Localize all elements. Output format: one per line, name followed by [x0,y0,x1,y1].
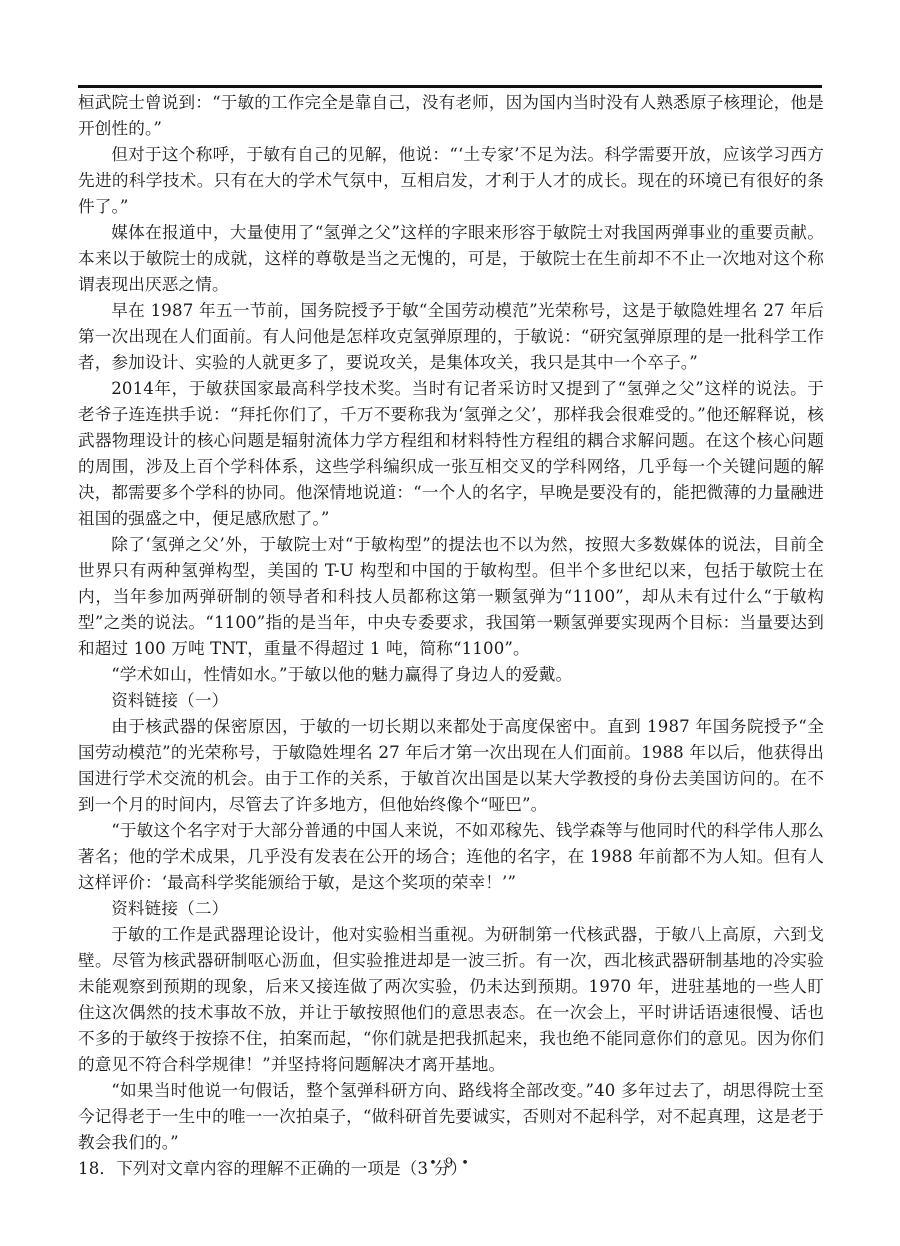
document-page: 桓武院士曾说到：“于敏的工作完全是靠自己，没有老师，因为国内当时没有人熟悉原子核… [78,85,824,1182]
paragraph: 除了‘氢弹之父’外，于敏院士对“于敏构型”的提法也不以为然，按照大多数媒体的说法… [78,532,824,662]
article-body: 桓武院士曾说到：“于敏的工作完全是靠自己，没有老师，因为国内当时没有人熟悉原子核… [78,90,824,1182]
paragraph: 2014年，于敏获国家最高科学技术奖。当时有记者采访时又提到了“氢弹之父”这样的… [78,376,824,532]
paragraph: 早在 1987 年五一节前，国务院授予于敏“全国劳动模范”光荣称号，这是于敏隐姓… [78,298,824,376]
header-rule [78,85,822,88]
section-heading-material-link-1: 资料链接（一） [78,688,824,714]
paragraph: “如果当时他说一句假话，整个氢弹科研方向、路线将全部改变。”40 多年过去了，胡… [78,1078,824,1156]
paragraph: “学术如山，性情如水。”于敏以他的魅力赢得了身边人的爱戴。 [78,662,824,688]
paragraph: 桓武院士曾说到：“于敏的工作完全是靠自己，没有老师，因为国内当时没有人熟悉原子核… [78,90,824,142]
paragraph: 由于核武器的保密原因，于敏的一切长期以来都处于高度保密中。直到 1987 年国务… [78,714,824,818]
paragraph: 但对于这个称呼，于敏有自己的见解，他说：“‘土专家’不足为法。科学需要开放，应该… [78,142,824,220]
page-number: • 9 • [0,1156,900,1171]
section-heading-material-link-2: 资料链接（二） [78,896,824,922]
paragraph: 媒体在报道中，大量使用了“氢弹之父”这样的字眼来形容于敏院士对我国两弹事业的重要… [78,220,824,298]
paragraph: “于敏这个名字对于大部分普通的中国人来说，不如邓稼先、钱学森等与他同时代的科学伟… [78,818,824,896]
paragraph: 于敏的工作是武器理论设计，他对实验相当重视。为研制第一代核武器，于敏八上高原，六… [78,922,824,1078]
